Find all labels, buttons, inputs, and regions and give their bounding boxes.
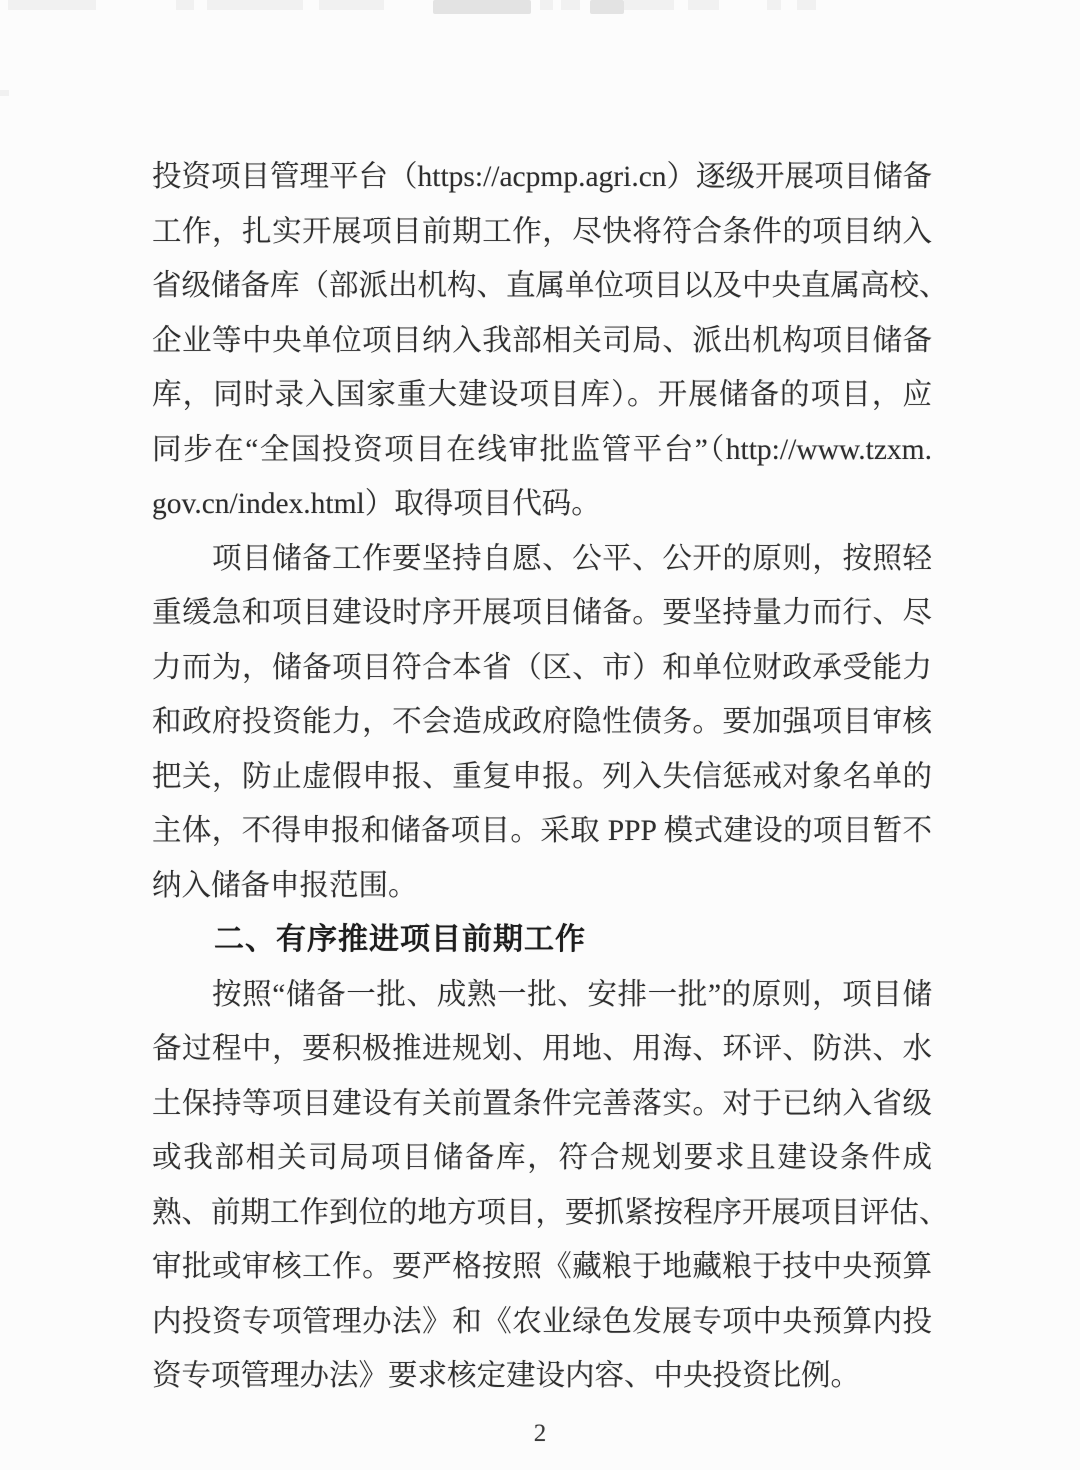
document-line: 同步在“全国投资项目在线审批监管平台”（http://www.tzxm. xyxy=(152,423,932,478)
document-body: 投资项目管理平台（https://acpmp.agri.cn）逐级开展项目储备 … xyxy=(152,150,932,1404)
document-line: 把关，防止虚假申报、重复申报。列入失信惩戒对象名单的 xyxy=(152,750,932,805)
scan-artifact xyxy=(561,0,580,10)
document-line: 土保持等项目建设有关前置条件完善落实。对于已纳入省级 xyxy=(152,1077,932,1132)
scan-artifact xyxy=(624,0,674,10)
page-number: 2 xyxy=(0,1420,1080,1448)
scan-artifact xyxy=(540,0,553,10)
scan-artifact xyxy=(433,0,531,14)
document-line: 和政府投资能力，不会造成政府隐性债务。要加强项目审核 xyxy=(152,695,932,750)
document-line: 项目储备工作要坚持自愿、公平、公开的原则，按照轻 xyxy=(152,532,932,587)
scan-artifact xyxy=(319,0,384,10)
document-line: 资专项管理办法》要求核定建设内容、中央投资比例。 xyxy=(152,1349,932,1404)
document-line: 投资项目管理平台（https://acpmp.agri.cn）逐级开展项目储备 xyxy=(152,150,932,205)
section-heading: 二、有序推进项目前期工作 xyxy=(152,913,932,968)
document-line: 审批或审核工作。要严格按照《藏粮于地藏粮于技中央预算 xyxy=(152,1240,932,1295)
document-line: 重缓急和项目建设时序开展项目储备。要坚持量力而行、尽 xyxy=(152,586,932,641)
document-line: 企业等中央单位项目纳入我部相关司局、派出机构项目储备 xyxy=(152,314,932,369)
document-line: 纳入储备申报范围。 xyxy=(152,859,932,914)
document-line: 按照“储备一批、成熟一批、安排一批”的原则，项目储 xyxy=(152,968,932,1023)
document-line: 主体，不得申报和储备项目。采取 PPP 模式建设的项目暂不 xyxy=(152,804,932,859)
scan-artifact xyxy=(8,0,96,10)
document-line: 库，同时录入国家重大建设项目库）。开展储备的项目，应 xyxy=(152,368,932,423)
scan-artifact xyxy=(0,90,9,96)
document-line: 备过程中，要积极推进规划、用地、用海、环评、防洪、水 xyxy=(152,1022,932,1077)
document-line: 或我部相关司局项目储备库，符合规划要求且建设条件成 xyxy=(152,1131,932,1186)
scanned-document-page: 投资项目管理平台（https://acpmp.agri.cn）逐级开展项目储备 … xyxy=(0,0,1080,1470)
scan-artifact xyxy=(797,0,816,10)
document-line: 省级储备库（部派出机构、直属单位项目以及中央直属高校、 xyxy=(152,259,932,314)
document-line: 工作，扎实开展项目前期工作，尽快将符合条件的项目纳入 xyxy=(152,205,932,260)
scan-artifact xyxy=(207,0,303,10)
scan-artifact xyxy=(767,0,781,10)
document-line: gov.cn/index.html）取得项目代码。 xyxy=(152,477,932,532)
scan-artifact xyxy=(176,0,194,10)
scan-artifact xyxy=(590,0,624,14)
document-line: 内投资专项管理办法》和《农业绿色发展专项中央预算内投 xyxy=(152,1295,932,1350)
document-line: 力而为，储备项目符合本省（区、市）和单位财政承受能力 xyxy=(152,641,932,696)
document-line: 熟、前期工作到位的地方项目，要抓紧按程序开展项目评估、 xyxy=(152,1186,932,1241)
scan-artifact xyxy=(688,0,719,10)
